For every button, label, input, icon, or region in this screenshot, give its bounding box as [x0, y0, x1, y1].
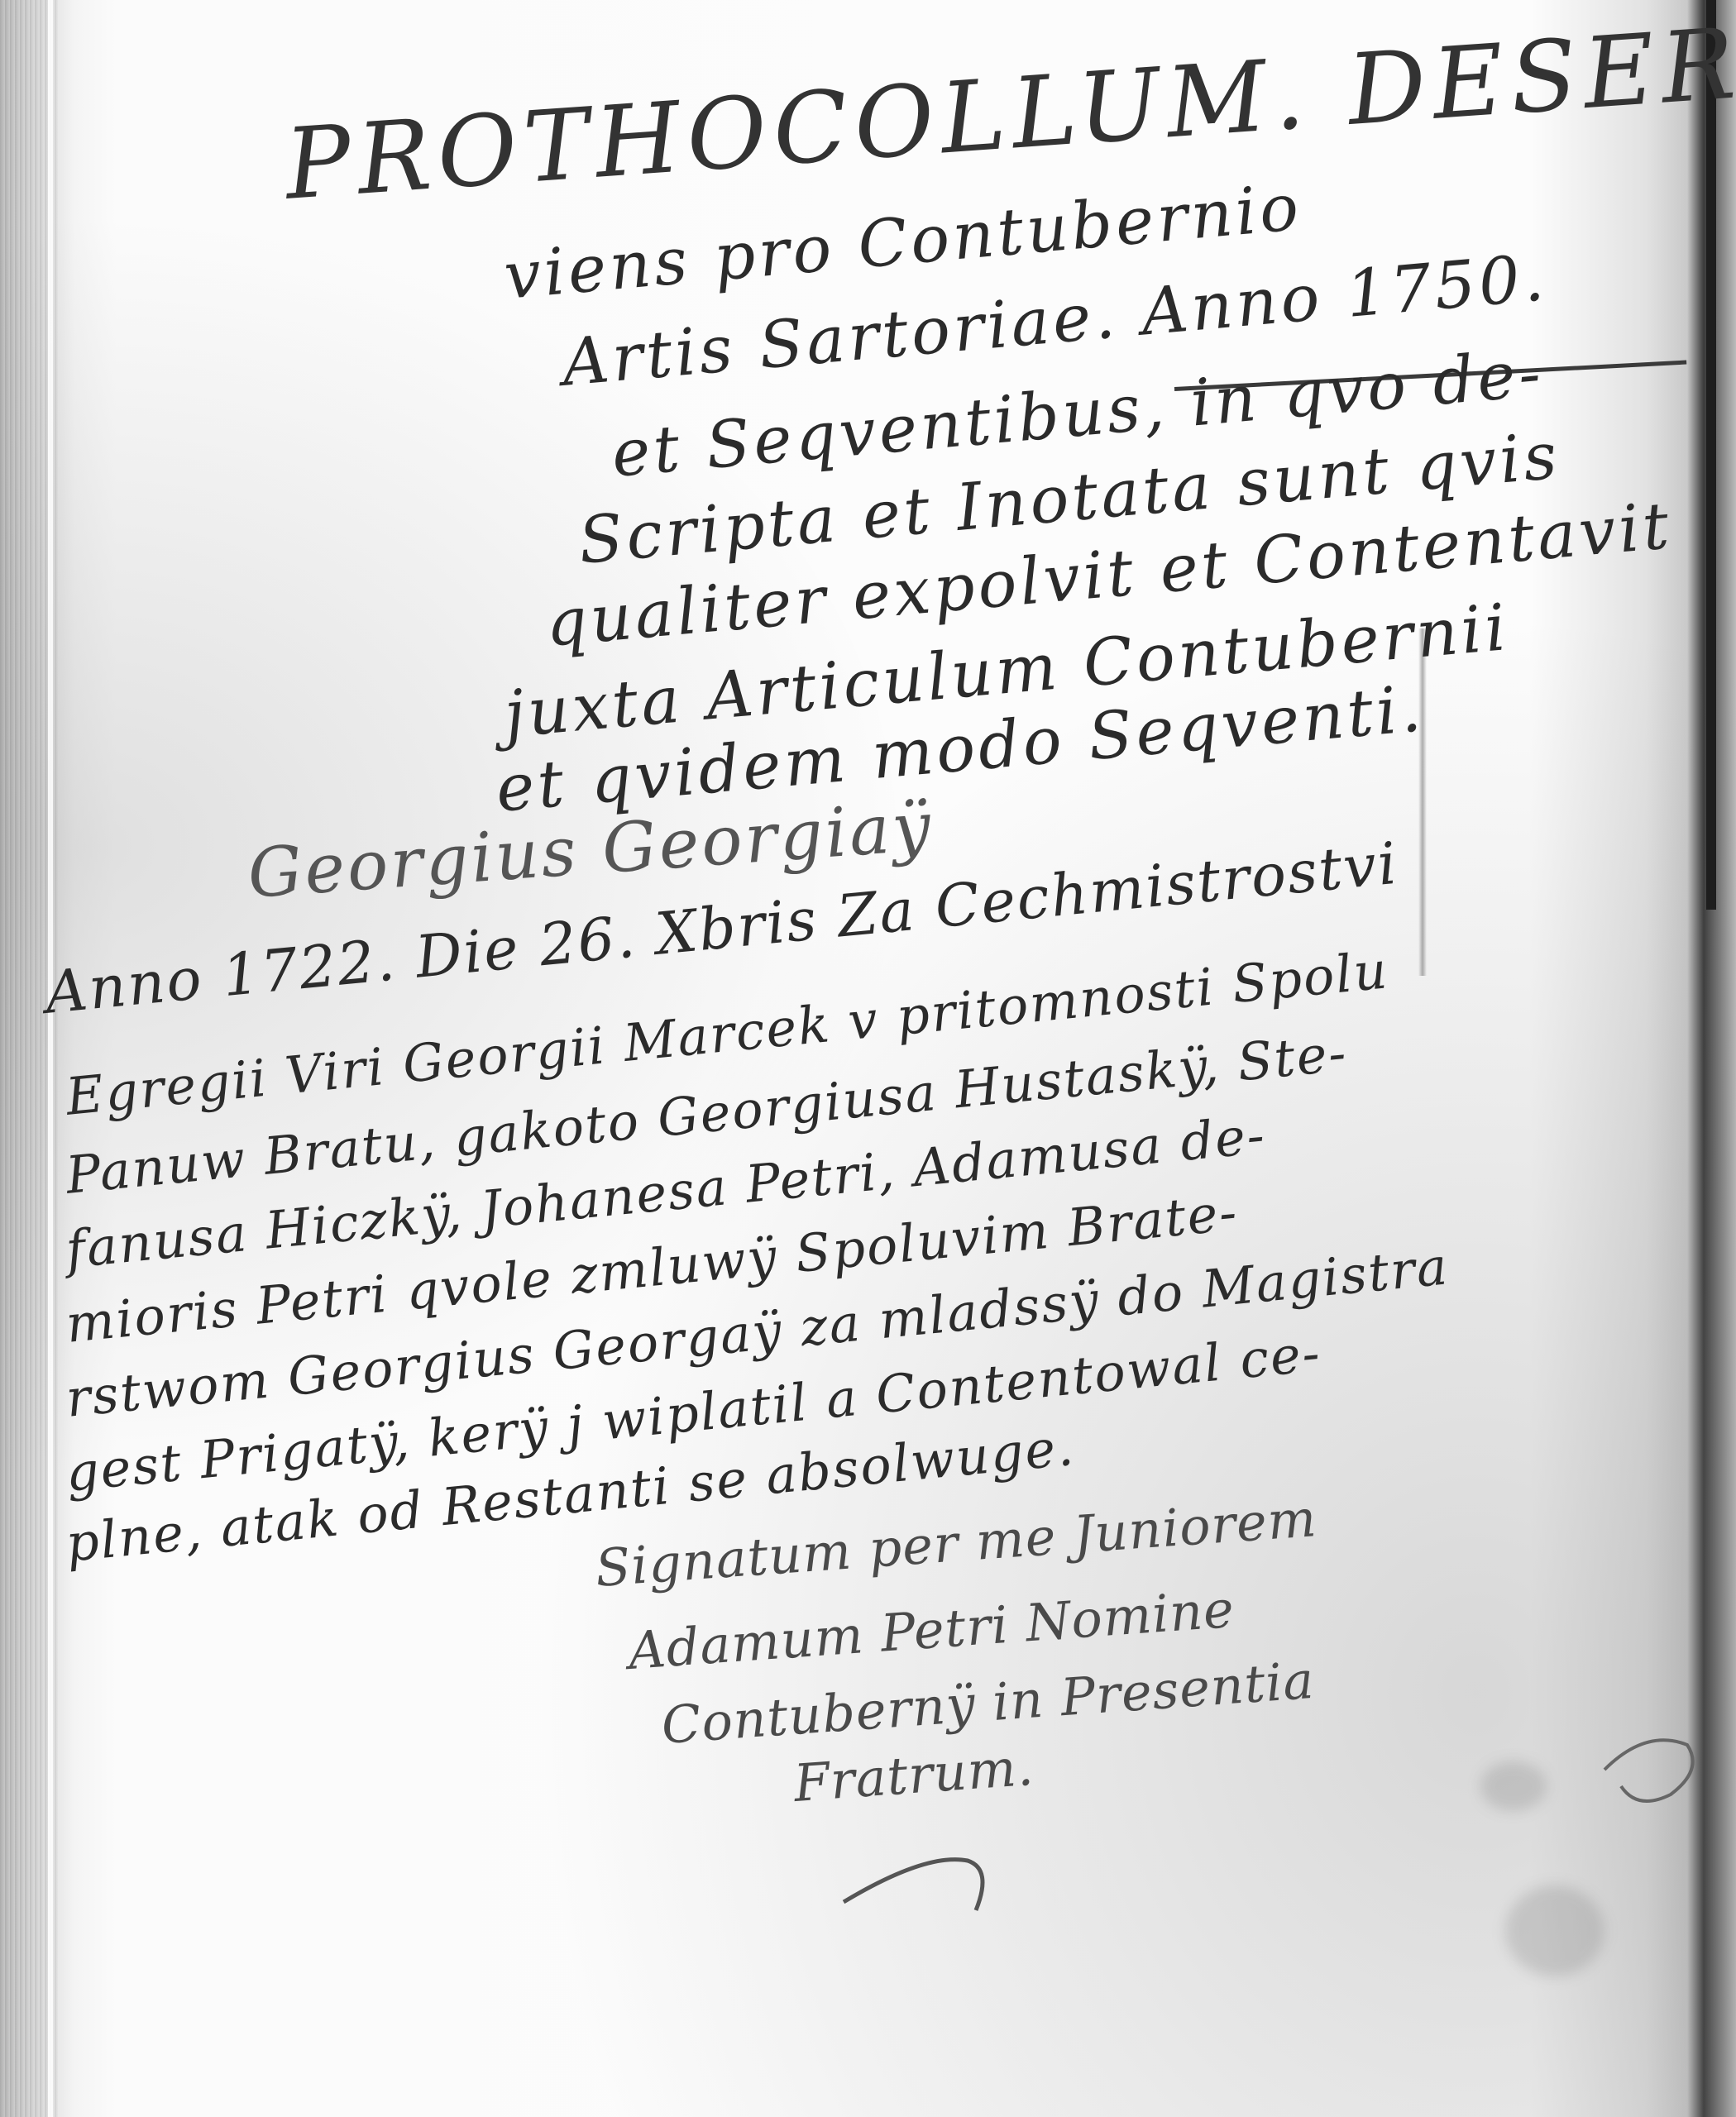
ink-stain [1505, 1885, 1604, 1976]
signature-flourish-icon [827, 1786, 1026, 1935]
right-binding-edge [1706, 0, 1716, 910]
document-title: PROTHOCOLLUM. DESER [281, 6, 1736, 222]
manuscript-page: PROTHOCOLLUM. DESER viens pro Contuberni… [0, 0, 1736, 2117]
margin-flourish-icon [1588, 1720, 1712, 1819]
ink-stain [1480, 1761, 1547, 1811]
left-fold-line [48, 0, 53, 2117]
